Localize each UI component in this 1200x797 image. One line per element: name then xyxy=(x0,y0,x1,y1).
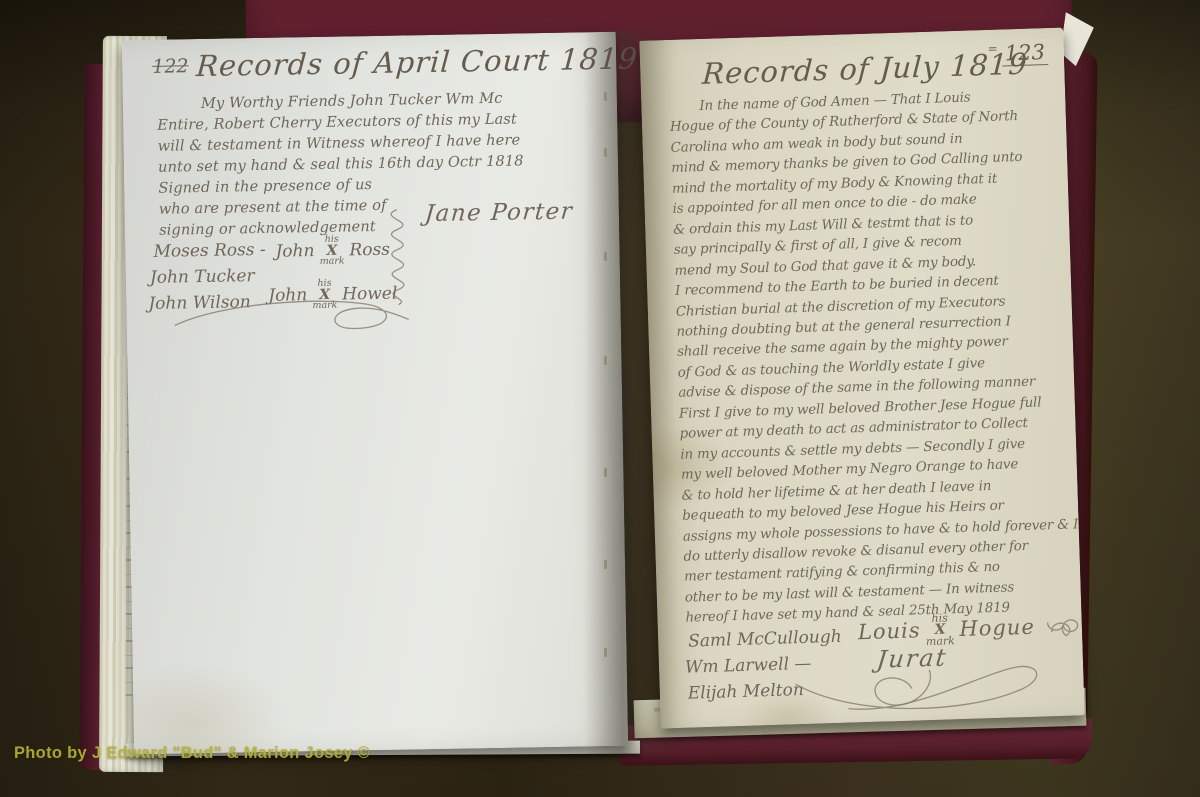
witness-signature: Elijah Melton xyxy=(688,680,805,704)
page-title: Records of July 1819 xyxy=(701,47,1028,91)
his-mark-stack: his X mark xyxy=(925,612,955,647)
mark-label: mark xyxy=(926,636,955,648)
witness-signature: John Tucker xyxy=(150,266,255,288)
binding-stitch xyxy=(604,252,607,261)
photo-of-record-book: 11. 122 Records of April Court 1819 My W… xyxy=(0,0,1200,797)
left-page: 122 Records of April Court 1819 My Worth… xyxy=(122,32,628,755)
binding-stitch xyxy=(604,356,607,365)
binding-stitch xyxy=(604,148,607,157)
witness-signature: Saml McCullough xyxy=(688,627,842,652)
page-number: 122 xyxy=(152,55,189,78)
signature-flourish xyxy=(789,656,1059,722)
his-mark-stack: his X mark xyxy=(319,235,345,267)
signer-last-name: Ross xyxy=(349,240,390,261)
will-text-body: In the name of God Amen — That I LouisHo… xyxy=(669,85,1081,629)
mark-signature: John his X mark Ross xyxy=(275,234,390,268)
right-page: =123 Records of July 1819 In the name of… xyxy=(639,28,1084,729)
horizontal-flourish xyxy=(170,293,415,343)
mark-label: mark xyxy=(320,257,345,267)
binding-stitch xyxy=(604,560,607,569)
witness-signature: Moses Ross - xyxy=(153,240,266,262)
signer-last-name: Hogue xyxy=(959,615,1035,641)
photographer-watermark: Photo by J Edward "Bud" & Marion Josey © xyxy=(14,744,370,763)
signer-first-name: Louis xyxy=(858,618,921,644)
binding-stitch xyxy=(604,92,607,101)
binding-stitch xyxy=(604,648,607,657)
signer-first-name: John xyxy=(275,241,314,262)
seal-scribble xyxy=(1039,607,1082,644)
testator-signature: Louis his X mark Hogue xyxy=(857,607,1082,650)
page-title: Records of April Court 1819 xyxy=(195,41,639,83)
witness-signature-jane-porter: Jane Porter xyxy=(424,198,575,227)
binding-stitch xyxy=(604,468,607,477)
